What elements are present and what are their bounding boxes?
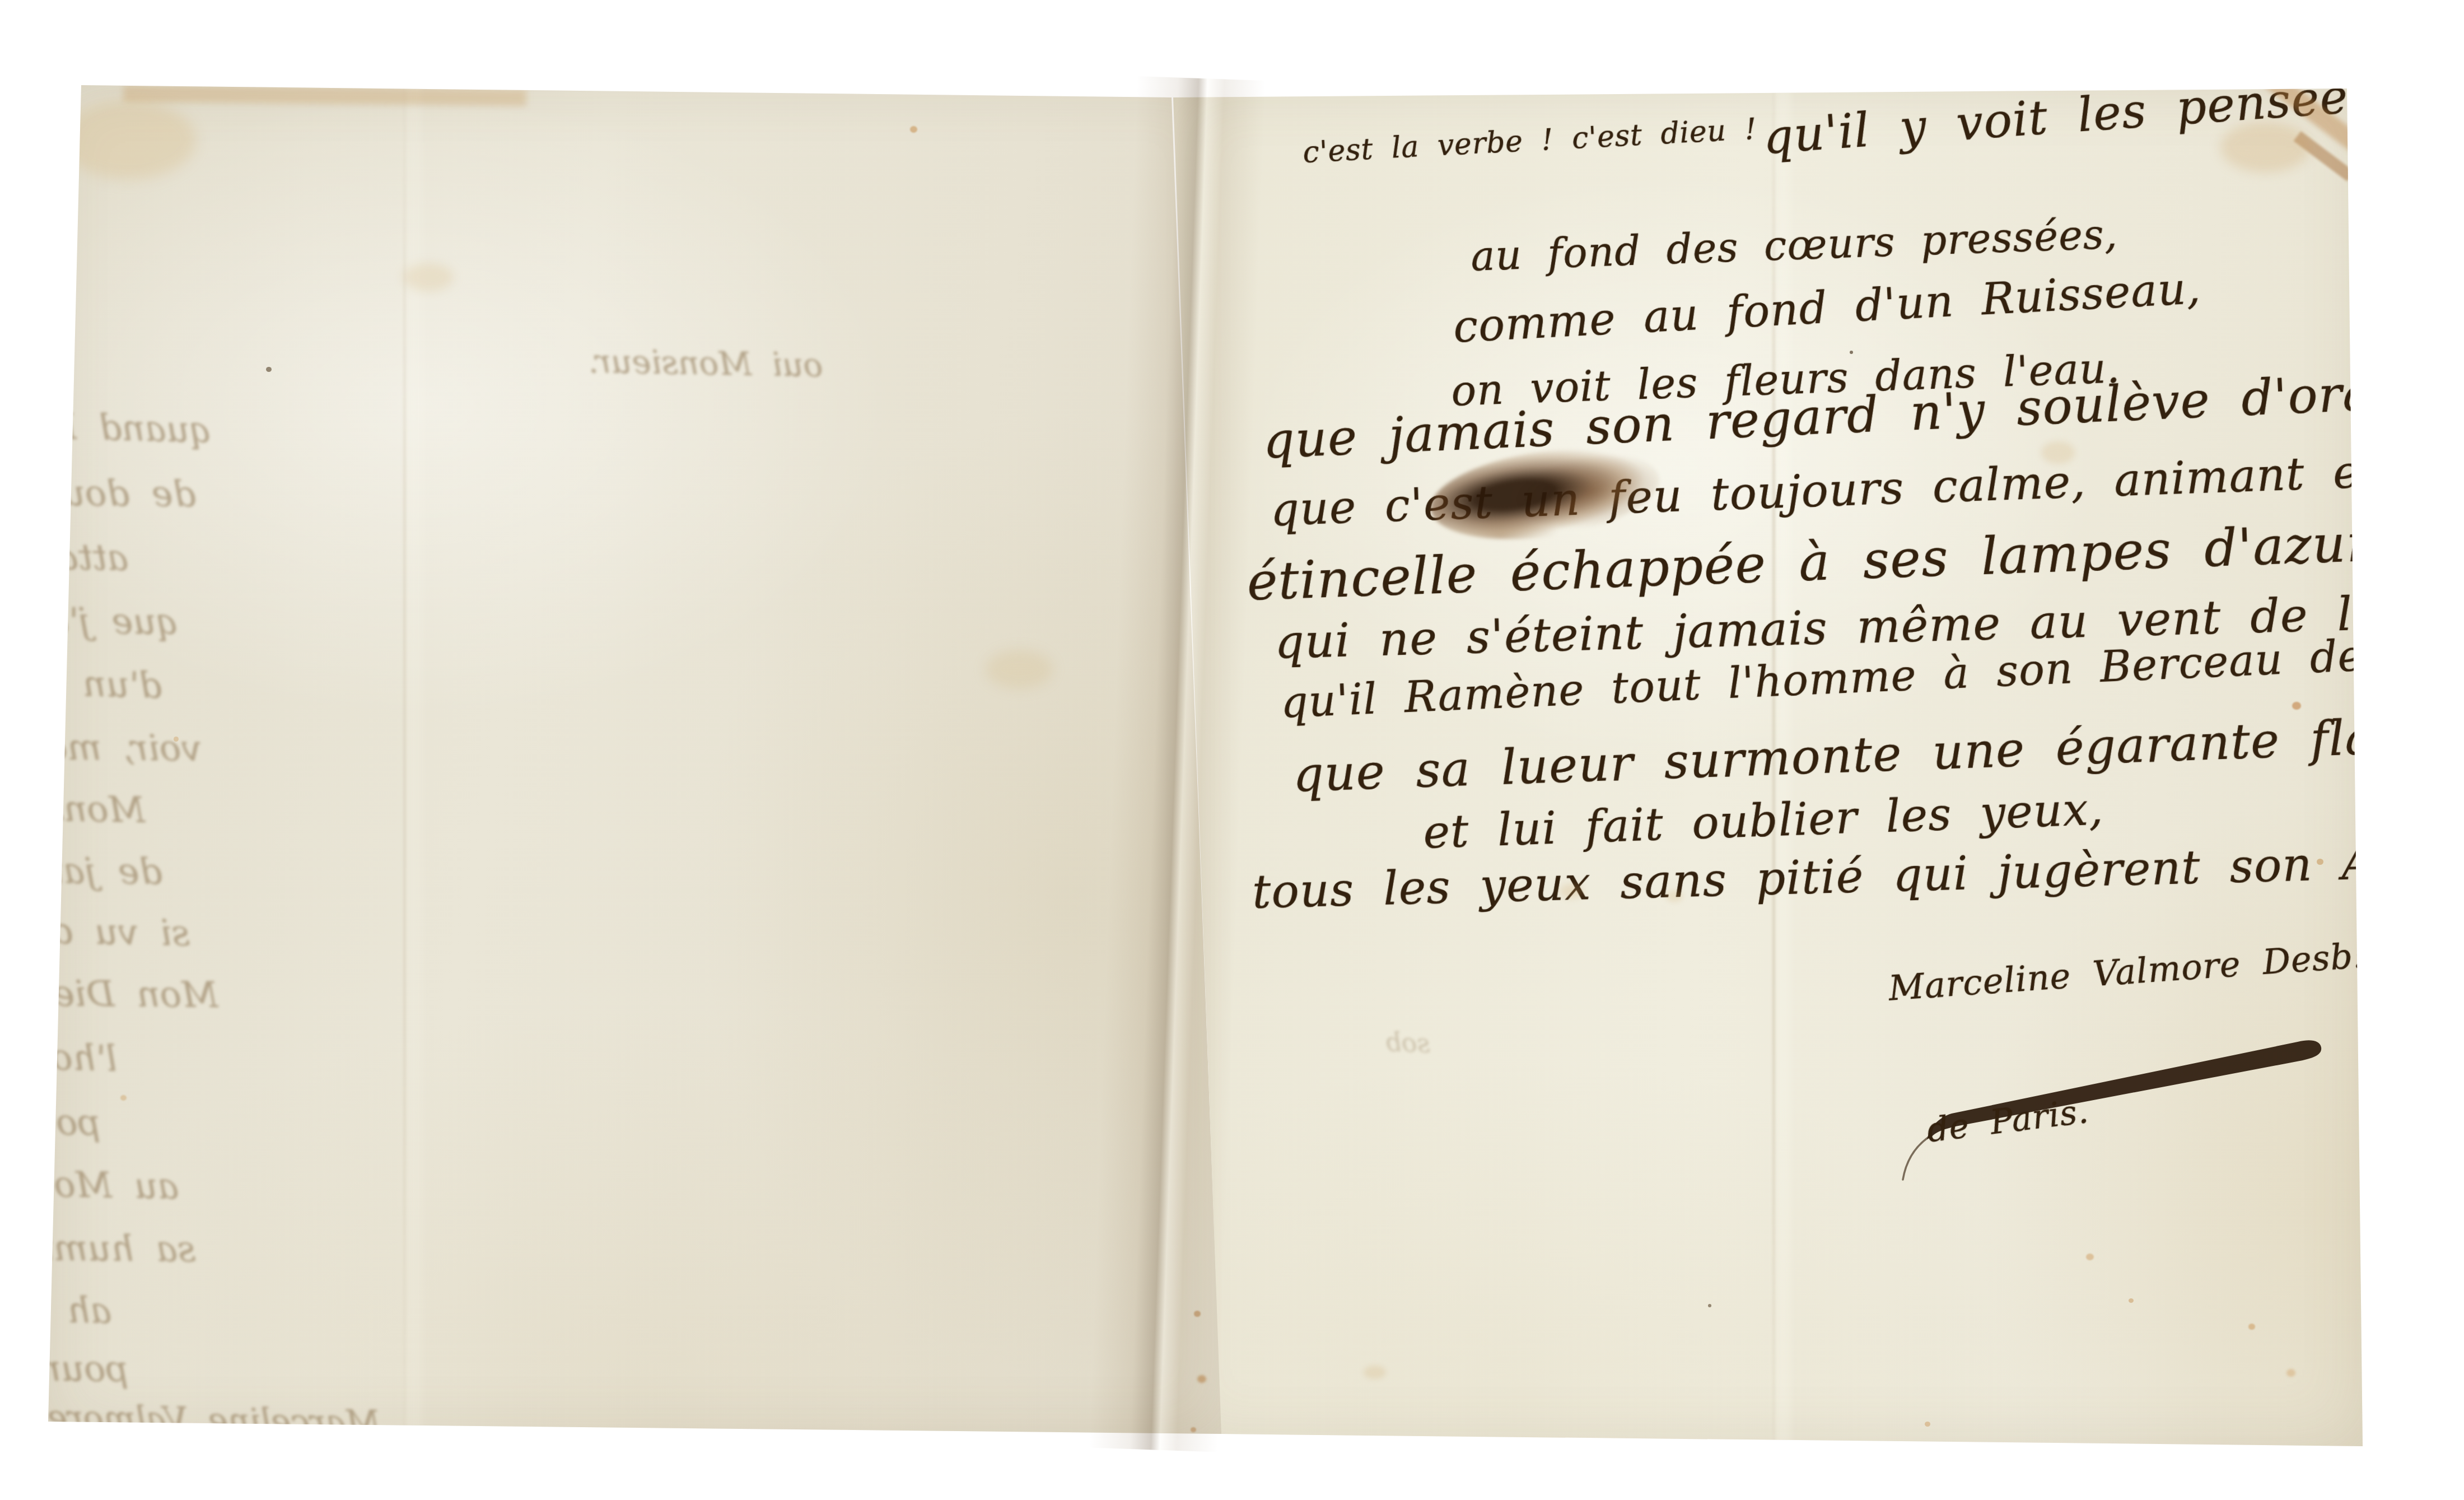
bleedthrough-line: d'un rêve bien désistant, jamais vu, vou… — [0, 644, 162, 707]
bleedthrough-line: Mon Dieu ! il était d'un beau Bedesge ! — [0, 968, 218, 1016]
handwritten-line: qu'il y voit les pensées — [1761, 67, 2375, 165]
bleedthrough-line: ah ! vous m'avez donné, Monsieur, une co… — [0, 1274, 112, 1332]
foxing-spot — [647, 1462, 652, 1466]
letter-page-right: c'est la verbe ! c'est dieu !qu'il y voi… — [1168, 83, 2367, 1450]
handwritten-line: c'est la verbe ! c'est dieu ! — [1302, 113, 1758, 170]
bleedthrough-line: au Monsieur mon cœur pour du votre : — [0, 1153, 179, 1208]
letter-page-left: oui Monsieur.quand Mr les soleil briser … — [45, 78, 1229, 1440]
photograph-of-letter: oui Monsieur.quand Mr les soleil briser … — [0, 0, 2464, 1500]
bleedthrough-line: de douleur de votre Jolie y Couronnades — [0, 467, 196, 515]
bleedthrough-line: sa humilité vous a touché, je le vois ! — [0, 1222, 196, 1270]
bleedthrough-line: quand Mr les soleil briser tous - bonjou… — [0, 388, 213, 451]
bleedthrough-line: oui Monsieur. — [589, 342, 823, 384]
handwritten-line: au fond des cœurs pressées, — [1470, 211, 2118, 280]
bleedthrough-mark: sob — [1384, 1027, 1431, 1059]
bleedthrough-line: attachée comme une des plus brillantes o… — [0, 521, 129, 579]
handwritten-line: que sa lueur surmonte une égarante flame… — [1292, 706, 2464, 803]
bleedthrough-line: si vu dans cette lettre et en la bijoux — [0, 900, 190, 954]
bleedthrough-line: Monsieur, moi qui n'en ai jamais dit bon… — [0, 775, 146, 831]
bleedthrough-line: pour une fleur ! pensez-vous que je la g… — [0, 1340, 129, 1390]
bleedthrough-text-layer: oui Monsieur.quand Mr les soleil briser … — [45, 78, 1229, 1440]
bleedthrough-line: voir, moi qui ne vous ai jamais vu, — [0, 722, 202, 770]
bleedthrough-line: l'homme qui vous aime a le faire ouvrir … — [0, 1013, 118, 1080]
bleedthrough-line: que j'aie désertions. j'ai que rester et — [0, 595, 179, 643]
bleedthrough-line: de jais et la tristesse ! je suis que je… — [0, 844, 162, 893]
handwriting-layer: c'est la verbe ! c'est dieu !qu'il y voi… — [1168, 83, 2367, 1450]
bleedthrough-line: Marceline Valmores des — [0, 1396, 381, 1443]
bleedthrough-line: pour tous, a fait désouvrir pour moi, en… — [0, 1094, 101, 1144]
